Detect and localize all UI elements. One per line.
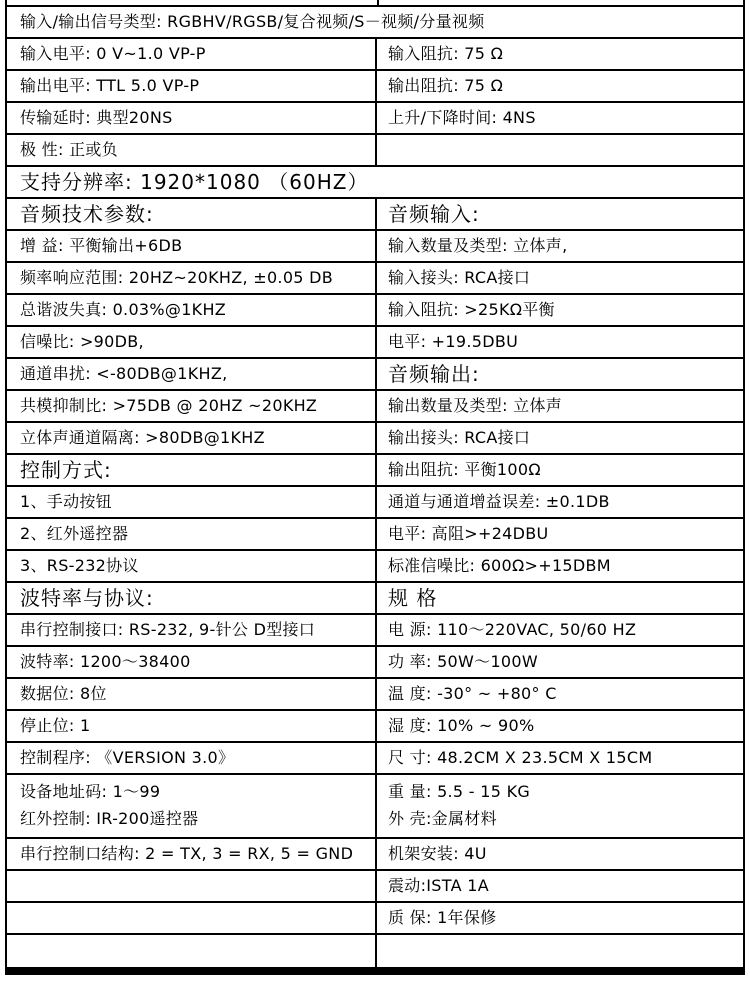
spec-cell-right: 震动:ISTA 1A bbox=[377, 871, 743, 901]
spec-table: 输入/输出信号类型: RGBHV/RGSB/复合视频/S－视频/分量视频输入电平… bbox=[5, 5, 745, 975]
spec-cell-left: 串行控制接口: RS-232, 9-针公 D型接口 bbox=[7, 615, 377, 645]
table-row: 通道串扰: <-80DB@1KHZ,音频输出: bbox=[7, 359, 743, 391]
table-row: 输入/输出信号类型: RGBHV/RGSB/复合视频/S－视频/分量视频 bbox=[7, 7, 743, 39]
table-row: 2、红外遥控器电平: 高阻>+24DBU bbox=[7, 519, 743, 551]
spec-cell-left: 音频技术参数: bbox=[7, 199, 377, 229]
table-row: 质 保: 1年保修 bbox=[7, 903, 743, 935]
spec-text: 湿 度: 10% ~ 90% bbox=[388, 717, 743, 735]
table-row: 音频技术参数:音频输入: bbox=[7, 199, 743, 231]
spec-cell-right: 机架安装: 4U bbox=[377, 839, 743, 869]
spec-text: 立体声通道隔离: >80DB@1KHZ bbox=[20, 429, 375, 447]
spec-cell-right: 温 度: -30° ~ +80° C bbox=[377, 679, 743, 709]
spec-text: 机架安装: 4U bbox=[388, 845, 743, 863]
spec-text: 输出接头: RCA接口 bbox=[388, 429, 743, 447]
spec-cell-right: 电平: +19.5DBU bbox=[377, 327, 743, 357]
spec-cell-right: 质 保: 1年保修 bbox=[377, 903, 743, 933]
spec-cell-right: 输入接头: RCA接口 bbox=[377, 263, 743, 293]
spec-cell-left: 输出电平: TTL 5.0 VP-P bbox=[7, 71, 377, 101]
table-row: 1、手动按钮通道与通道增益误差: ±0.1DB bbox=[7, 487, 743, 519]
spec-cell-right: 电 源: 110～220VAC, 50/60 HZ bbox=[377, 615, 743, 645]
spec-cell-left: 增 益: 平衡输出+6DB bbox=[7, 231, 377, 261]
spec-text: 输出阻抗: 平衡100Ω bbox=[388, 461, 743, 479]
table-row: 总谐波失真: 0.03%@1KHZ输入阻抗: >25KΩ平衡 bbox=[7, 295, 743, 327]
spec-cell-right: 电平: 高阻>+24DBU bbox=[377, 519, 743, 549]
spec-text: 控制程序: 《VERSION 3.0》 bbox=[20, 749, 375, 767]
spec-cell-span: 输入/输出信号类型: RGBHV/RGSB/复合视频/S－视频/分量视频 bbox=[7, 7, 743, 37]
spec-text: 输入数量及类型: 立体声, bbox=[388, 237, 743, 255]
spec-text: 共模抑制比: >75DB @ 20HZ ~20KHZ bbox=[20, 397, 375, 415]
table-row: 控制方式:输出阻抗: 平衡100Ω bbox=[7, 455, 743, 487]
spec-text: 频率响应范围: 20HZ~20KHZ, ±0.05 DB bbox=[20, 269, 375, 287]
spec-text: 输出数量及类型: 立体声 bbox=[388, 397, 743, 415]
spec-cell-left: 波特率与协议: bbox=[7, 583, 377, 613]
spec-text: 3、RS-232协议 bbox=[20, 557, 375, 575]
spec-text: 输入接头: RCA接口 bbox=[388, 269, 743, 287]
spec-cell-right: 通道与通道增益误差: ±0.1DB bbox=[377, 487, 743, 517]
spec-cell-left: 控制方式: bbox=[7, 455, 377, 485]
spec-cell-right bbox=[377, 135, 743, 165]
spec-text: 数据位: 8位 bbox=[20, 685, 375, 703]
table-row: 信噪比: >90DB,电平: +19.5DBU bbox=[7, 327, 743, 359]
table-row: 波特率: 1200～38400功 率: 50W～100W bbox=[7, 647, 743, 679]
table-row: 串行控制接口: RS-232, 9-针公 D型接口电 源: 110～220VAC… bbox=[7, 615, 743, 647]
spec-cell-right: 音频输入: bbox=[377, 199, 743, 229]
table-row: 增 益: 平衡输出+6DB输入数量及类型: 立体声, bbox=[7, 231, 743, 263]
spec-cell-right: 输入阻抗: >25KΩ平衡 bbox=[377, 295, 743, 325]
table-row: 串行控制口结构: 2 = TX, 3 = RX, 5 = GND机架安装: 4U bbox=[7, 839, 743, 871]
spec-cell-left: 传输延时: 典型20NS bbox=[7, 103, 377, 133]
spec-cell-right: 功 率: 50W～100W bbox=[377, 647, 743, 677]
table-row: 停止位: 1湿 度: 10% ~ 90% bbox=[7, 711, 743, 743]
table-row: 立体声通道隔离: >80DB@1KHZ输出接头: RCA接口 bbox=[7, 423, 743, 455]
table-row: 输出电平: TTL 5.0 VP-P输出阻抗: 75 Ω bbox=[7, 71, 743, 103]
spec-text: 1、手动按钮 bbox=[20, 493, 375, 511]
table-row: 输入电平: 0 V~1.0 VP-P输入阻抗: 75 Ω bbox=[7, 39, 743, 71]
spec-text: 输入/输出信号类型: RGBHV/RGSB/复合视频/S－视频/分量视频 bbox=[20, 13, 743, 31]
spec-cell-left: 总谐波失真: 0.03%@1KHZ bbox=[7, 295, 377, 325]
spec-cell-left: 波特率: 1200～38400 bbox=[7, 647, 377, 677]
spec-cell-right: 上升/下降时间: 4NS bbox=[377, 103, 743, 133]
spec-text: 输出电平: TTL 5.0 VP-P bbox=[20, 77, 375, 95]
spec-cell-left: 1、手动按钮 bbox=[7, 487, 377, 517]
table-top-cutoff-row bbox=[5, 0, 745, 5]
section-header-text: 波特率与协议: bbox=[20, 587, 375, 610]
table-row: 支持分辨率: 1920*1080 （60HZ） bbox=[7, 167, 743, 199]
spec-text: 增 益: 平衡输出+6DB bbox=[20, 237, 375, 255]
spec-cell-right: 尺 寸: 48.2CM X 23.5CM X 15CM bbox=[377, 743, 743, 773]
spec-text: 总谐波失真: 0.03%@1KHZ bbox=[20, 301, 375, 319]
spec-text: 红外控制: IR-200遥控器 bbox=[20, 810, 375, 828]
table-row: 极 性: 正或负 bbox=[7, 135, 743, 167]
spec-cell-right: 音频输出: bbox=[377, 359, 743, 389]
spec-cell-left bbox=[7, 935, 377, 967]
section-header-text: 音频技术参数: bbox=[20, 203, 375, 226]
spec-text: 设备地址码: 1～99 bbox=[20, 783, 375, 801]
spec-text: 输出阻抗: 75 Ω bbox=[388, 77, 743, 95]
spec-cell-right: 输出数量及类型: 立体声 bbox=[377, 391, 743, 421]
spec-text: 极 性: 正或负 bbox=[20, 141, 375, 159]
table-row: 数据位: 8位温 度: -30° ~ +80° C bbox=[7, 679, 743, 711]
table-row: 3、RS-232协议标准信噪比: 600Ω>+15DBM bbox=[7, 551, 743, 583]
spec-cell-left: 极 性: 正或负 bbox=[7, 135, 377, 165]
spec-cell-right: 标准信噪比: 600Ω>+15DBM bbox=[377, 551, 743, 581]
spec-text: 温 度: -30° ~ +80° C bbox=[388, 685, 743, 703]
spec-text: 输入电平: 0 V~1.0 VP-P bbox=[20, 45, 375, 63]
spec-text: 波特率: 1200～38400 bbox=[20, 653, 375, 671]
spec-cell-right: 输出阻抗: 平衡100Ω bbox=[377, 455, 743, 485]
spec-cell-left: 信噪比: >90DB, bbox=[7, 327, 377, 357]
spec-text: 通道与通道增益误差: ±0.1DB bbox=[388, 493, 743, 511]
spec-cell-right: 重 量: 5.5 - 15 KG外 壳:金属材料 bbox=[377, 775, 743, 837]
table-row: 设备地址码: 1～99红外控制: IR-200遥控器重 量: 5.5 - 15 … bbox=[7, 775, 743, 839]
section-header-text: 音频输入: bbox=[388, 203, 743, 226]
spec-cell-left: 2、红外遥控器 bbox=[7, 519, 377, 549]
spec-sheet-page: 输入/输出信号类型: RGBHV/RGSB/复合视频/S－视频/分量视频输入电平… bbox=[0, 0, 750, 992]
spec-text: 功 率: 50W～100W bbox=[388, 653, 743, 671]
spec-text: 尺 寸: 48.2CM X 23.5CM X 15CM bbox=[388, 749, 743, 767]
spec-text: 串行控制口结构: 2 = TX, 3 = RX, 5 = GND bbox=[20, 845, 375, 863]
spec-text: 上升/下降时间: 4NS bbox=[388, 109, 743, 127]
spec-text: 震动:ISTA 1A bbox=[388, 877, 743, 895]
table-row: 频率响应范围: 20HZ~20KHZ, ±0.05 DB输入接头: RCA接口 bbox=[7, 263, 743, 295]
spec-cell-right: 输出阻抗: 75 Ω bbox=[377, 71, 743, 101]
spec-cell-left: 立体声通道隔离: >80DB@1KHZ bbox=[7, 423, 377, 453]
spec-text: 信噪比: >90DB, bbox=[20, 333, 375, 351]
spec-text: 输入阻抗: 75 Ω bbox=[388, 45, 743, 63]
spec-cell-right: 输入阻抗: 75 Ω bbox=[377, 39, 743, 69]
spec-cell-right bbox=[377, 935, 743, 967]
spec-cell-left: 频率响应范围: 20HZ~20KHZ, ±0.05 DB bbox=[7, 263, 377, 293]
spec-text: 外 壳:金属材料 bbox=[388, 810, 743, 828]
spec-cell-right: 输入数量及类型: 立体声, bbox=[377, 231, 743, 261]
section-header-text: 规 格 bbox=[388, 587, 743, 610]
spec-cell-left bbox=[7, 903, 377, 933]
section-header-text: 控制方式: bbox=[20, 459, 375, 482]
spec-cell-left: 串行控制口结构: 2 = TX, 3 = RX, 5 = GND bbox=[7, 839, 377, 869]
spec-cell-right: 规 格 bbox=[377, 583, 743, 613]
spec-text: 质 保: 1年保修 bbox=[388, 909, 743, 927]
table-row: 传输延时: 典型20NS上升/下降时间: 4NS bbox=[7, 103, 743, 135]
table-row bbox=[7, 935, 743, 967]
table-row: 控制程序: 《VERSION 3.0》尺 寸: 48.2CM X 23.5CM … bbox=[7, 743, 743, 775]
table-row: 波特率与协议:规 格 bbox=[7, 583, 743, 615]
spec-cell-left: 输入电平: 0 V~1.0 VP-P bbox=[7, 39, 377, 69]
spec-cell-right: 输出接头: RCA接口 bbox=[377, 423, 743, 453]
section-header-text: 支持分辨率: 1920*1080 （60HZ） bbox=[20, 171, 743, 194]
spec-cell-left: 通道串扰: <-80DB@1KHZ, bbox=[7, 359, 377, 389]
spec-text: 通道串扰: <-80DB@1KHZ, bbox=[20, 365, 375, 383]
spec-text: 电平: 高阻>+24DBU bbox=[388, 525, 743, 543]
spec-cell-span: 支持分辨率: 1920*1080 （60HZ） bbox=[7, 167, 743, 197]
spec-text: 传输延时: 典型20NS bbox=[20, 109, 375, 127]
spec-cell-left: 设备地址码: 1～99红外控制: IR-200遥控器 bbox=[7, 775, 377, 837]
spec-text: 输入阻抗: >25KΩ平衡 bbox=[388, 301, 743, 319]
spec-cell-left: 共模抑制比: >75DB @ 20HZ ~20KHZ bbox=[7, 391, 377, 421]
spec-text: 串行控制接口: RS-232, 9-针公 D型接口 bbox=[20, 621, 375, 639]
spec-cell-left: 数据位: 8位 bbox=[7, 679, 377, 709]
spec-text: 电 源: 110～220VAC, 50/60 HZ bbox=[388, 621, 743, 639]
spec-cell-left bbox=[7, 871, 377, 901]
section-header-text: 音频输出: bbox=[388, 363, 743, 386]
spec-text: 电平: +19.5DBU bbox=[388, 333, 743, 351]
spec-text: 2、红外遥控器 bbox=[20, 525, 375, 543]
table-row: 震动:ISTA 1A bbox=[7, 871, 743, 903]
spec-cell-left: 3、RS-232协议 bbox=[7, 551, 377, 581]
spec-text: 标准信噪比: 600Ω>+15DBM bbox=[388, 557, 743, 575]
spec-text: 停止位: 1 bbox=[20, 717, 375, 735]
spec-cell-right: 湿 度: 10% ~ 90% bbox=[377, 711, 743, 741]
table-row: 共模抑制比: >75DB @ 20HZ ~20KHZ输出数量及类型: 立体声 bbox=[7, 391, 743, 423]
column-divider-stub bbox=[377, 0, 379, 5]
spec-text: 重 量: 5.5 - 15 KG bbox=[388, 783, 743, 801]
spec-cell-left: 控制程序: 《VERSION 3.0》 bbox=[7, 743, 377, 773]
spec-cell-left: 停止位: 1 bbox=[7, 711, 377, 741]
